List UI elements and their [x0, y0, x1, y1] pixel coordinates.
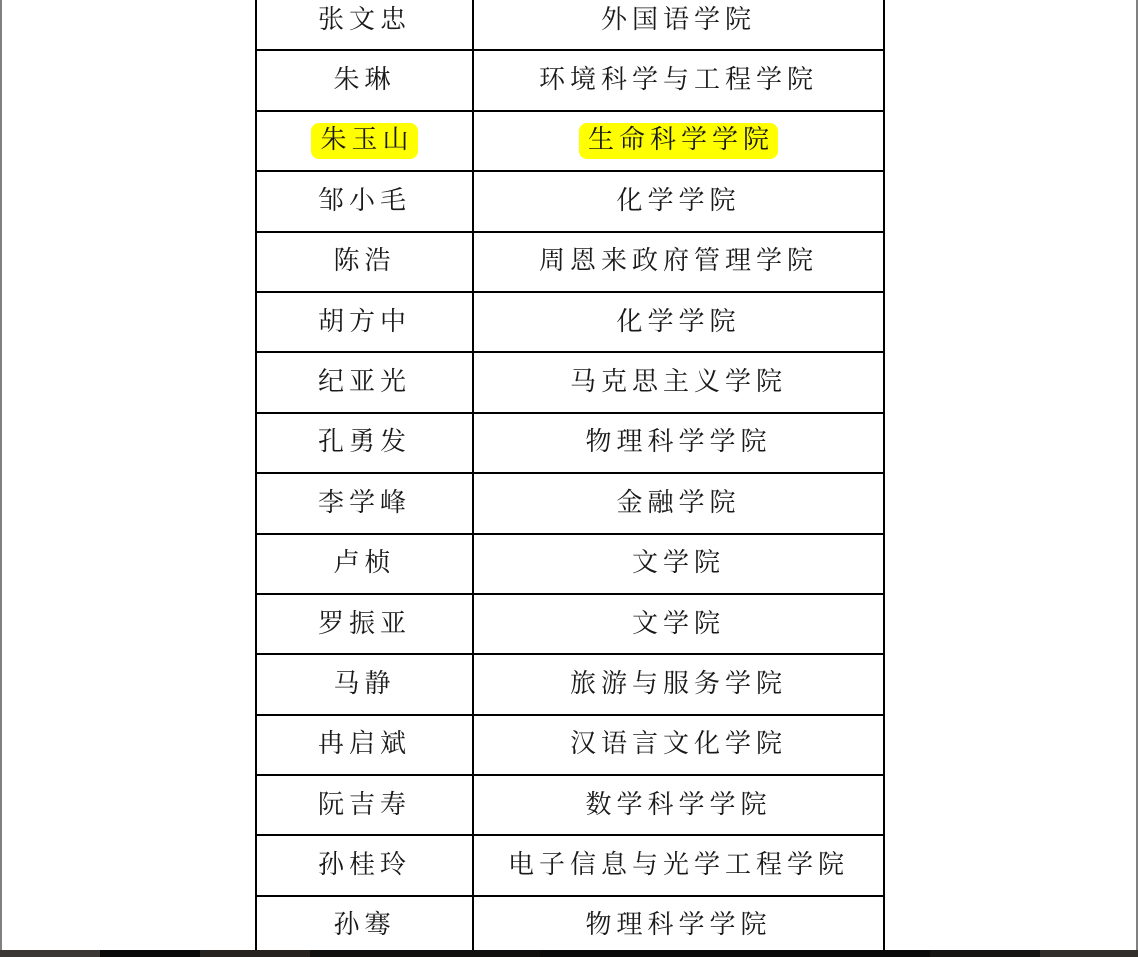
table-row: 朱琳 环境科学与工程学院: [257, 51, 883, 111]
college-cell: 环境科学与工程学院: [474, 51, 883, 109]
college-name: 文学院: [632, 548, 725, 579]
faculty-name: 罗振亚: [318, 609, 411, 640]
table-row: 张文忠 外国语学院: [257, 0, 883, 51]
college-cell: 化学学院: [474, 172, 883, 230]
name-cell: 冉启斌: [257, 716, 474, 774]
college-name: 周恩来政府管理学院: [539, 246, 818, 277]
table-row: 马静 旅游与服务学院: [257, 655, 883, 715]
name-cell: 马静: [257, 655, 474, 713]
college-cell: 数学科学学院: [474, 776, 883, 834]
college-cell: 周恩来政府管理学院: [474, 233, 883, 291]
college-name: 化学学院: [616, 186, 740, 217]
faculty-name: 陈浩: [333, 246, 395, 277]
college-name-highlighted: 生命科学学院: [579, 123, 778, 159]
faculty-name: 邹小毛: [318, 186, 411, 217]
faculty-college-table: 张文忠 外国语学院 朱琳 环境科学与工程学院 朱玉山 生命科学学院 邹小毛 化学…: [255, 0, 885, 957]
college-cell: 马克思主义学院: [474, 353, 883, 411]
name-cell: 胡方中: [257, 293, 474, 351]
college-cell: 生命科学学院: [474, 112, 883, 170]
table-row: 孙桂玲 电子信息与光学工程学院: [257, 836, 883, 896]
table-row: 朱玉山 生命科学学院: [257, 112, 883, 172]
college-name: 化学学院: [616, 307, 740, 338]
table-row: 邹小毛 化学学院: [257, 172, 883, 232]
faculty-name: 卢桢: [333, 548, 395, 579]
faculty-name: 朱琳: [333, 65, 395, 96]
faculty-name-highlighted: 朱玉山: [311, 123, 417, 159]
table-row: 纪亚光 马克思主义学院: [257, 353, 883, 413]
name-cell: 张文忠: [257, 0, 474, 49]
table-row: 孔勇发 物理科学学院: [257, 414, 883, 474]
table-row: 冉启斌 汉语言文化学院: [257, 716, 883, 776]
college-name: 汉语言文化学院: [570, 729, 787, 760]
college-cell: 金融学院: [474, 474, 883, 532]
name-cell: 邹小毛: [257, 172, 474, 230]
table-row: 李学峰 金融学院: [257, 474, 883, 534]
name-cell: 孔勇发: [257, 414, 474, 472]
faculty-name: 冉启斌: [318, 729, 411, 760]
name-cell: 朱玉山: [257, 112, 474, 170]
college-cell: 电子信息与光学工程学院: [474, 836, 883, 894]
college-name: 环境科学与工程学院: [539, 65, 818, 96]
bottom-dark-strip: [0, 950, 1138, 957]
page-edge-left: [0, 0, 2, 957]
table-row: 胡方中 化学学院: [257, 293, 883, 353]
name-cell: 孙桂玲: [257, 836, 474, 894]
name-cell: 李学峰: [257, 474, 474, 532]
college-cell: 旅游与服务学院: [474, 655, 883, 713]
college-cell: 化学学院: [474, 293, 883, 351]
college-cell: 外国语学院: [474, 0, 883, 49]
faculty-name: 张文忠: [318, 5, 411, 36]
faculty-name: 马静: [333, 669, 395, 700]
name-cell: 卢桢: [257, 535, 474, 593]
document-page: { "document": { "highlight_color": "#FFF…: [0, 0, 1138, 957]
faculty-name: 孙骞: [333, 910, 395, 941]
table-row: 罗振亚 文学院: [257, 595, 883, 655]
table-row: 陈浩 周恩来政府管理学院: [257, 233, 883, 293]
faculty-name: 孙桂玲: [318, 850, 411, 881]
college-name: 金融学院: [616, 488, 740, 519]
college-cell: 文学院: [474, 535, 883, 593]
college-name: 物理科学学院: [585, 427, 771, 458]
college-name: 物理科学学院: [585, 910, 771, 941]
college-name: 旅游与服务学院: [570, 669, 787, 700]
college-name: 外国语学院: [601, 5, 756, 36]
name-cell: 陈浩: [257, 233, 474, 291]
college-name: 电子信息与光学工程学院: [508, 850, 849, 881]
college-cell: 物理科学学院: [474, 897, 883, 955]
faculty-name: 李学峰: [318, 488, 411, 519]
name-cell: 罗振亚: [257, 595, 474, 653]
name-cell: 孙骞: [257, 897, 474, 955]
faculty-name: 胡方中: [318, 307, 411, 338]
name-cell: 阮吉寿: [257, 776, 474, 834]
name-cell: 朱琳: [257, 51, 474, 109]
faculty-name: 纪亚光: [318, 367, 411, 398]
college-cell: 物理科学学院: [474, 414, 883, 472]
college-name: 马克思主义学院: [570, 367, 787, 398]
faculty-name: 孔勇发: [318, 427, 411, 458]
college-cell: 汉语言文化学院: [474, 716, 883, 774]
table-row: 卢桢 文学院: [257, 535, 883, 595]
college-cell: 文学院: [474, 595, 883, 653]
faculty-name: 阮吉寿: [318, 790, 411, 821]
college-name: 数学科学学院: [585, 790, 771, 821]
table-row: 孙骞 物理科学学院: [257, 897, 883, 957]
name-cell: 纪亚光: [257, 353, 474, 411]
college-name: 文学院: [632, 609, 725, 640]
table-row: 阮吉寿 数学科学学院: [257, 776, 883, 836]
